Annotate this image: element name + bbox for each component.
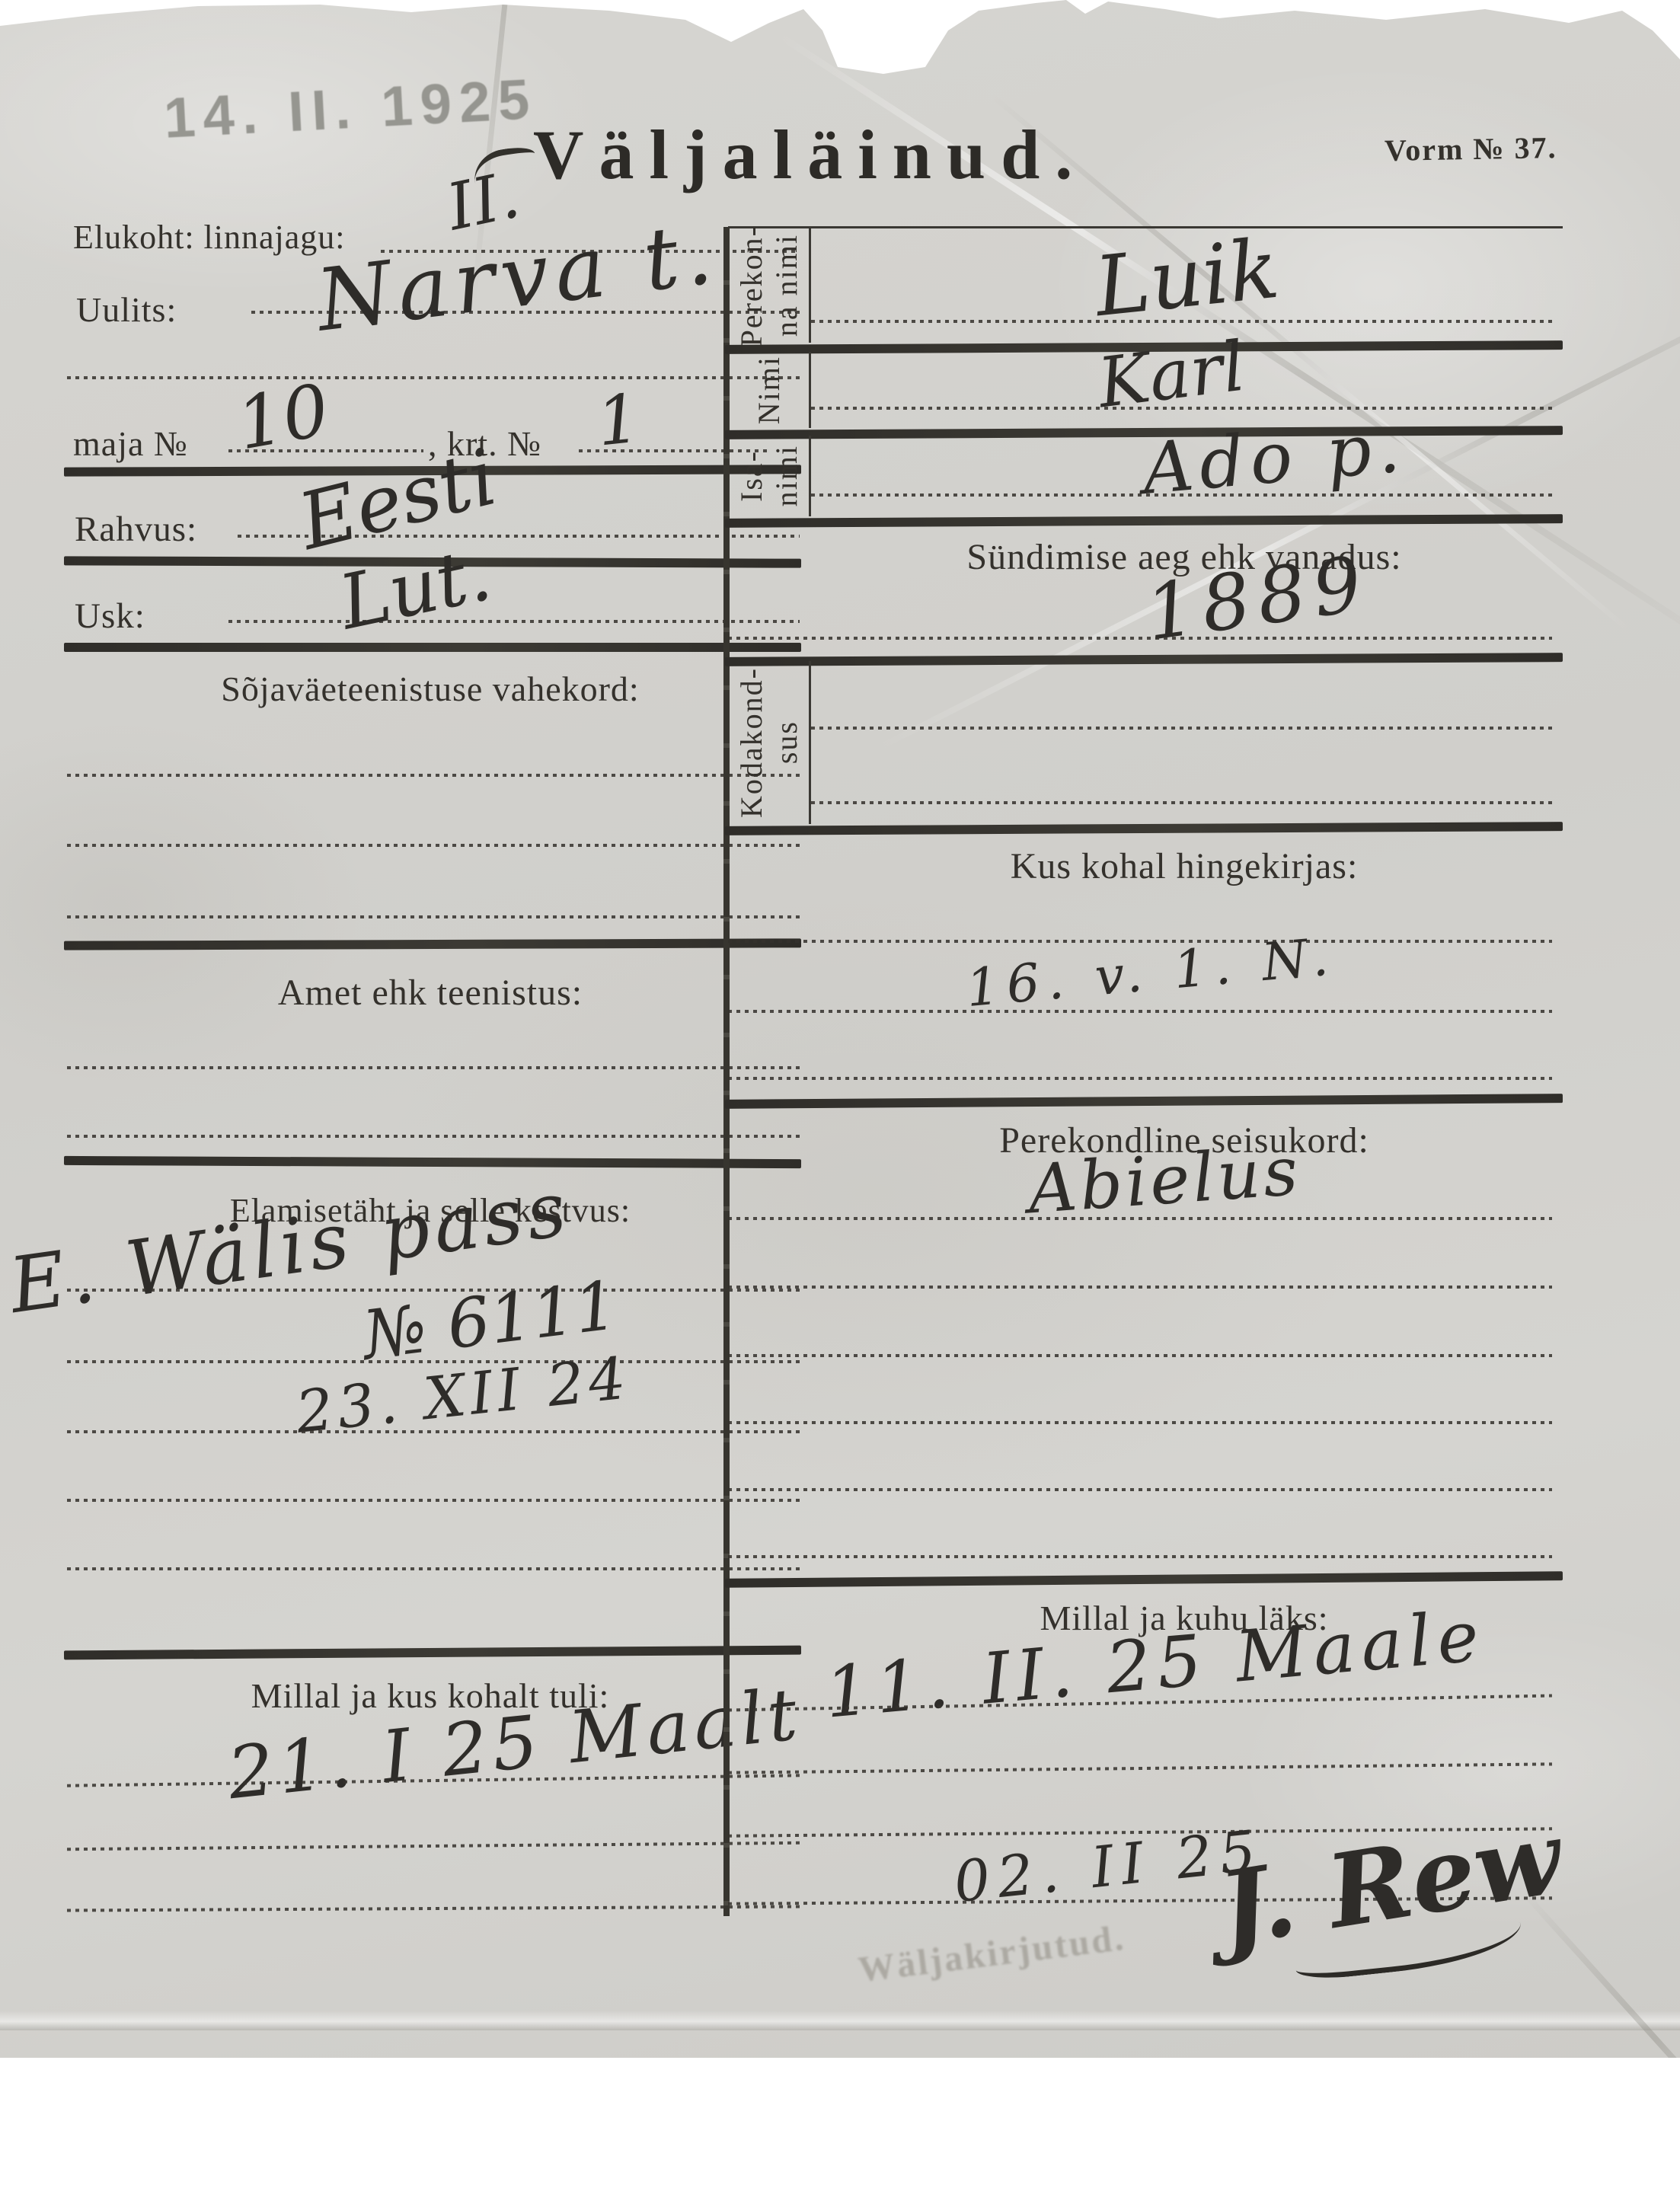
- vertical-label-line: Kodakond-: [734, 667, 769, 818]
- field-rahvus-label: Rahvus:: [75, 509, 197, 550]
- dotted-line: [728, 1555, 1552, 1558]
- dotted-line: [67, 1066, 800, 1069]
- dotted-line: [728, 1077, 1552, 1080]
- dotted-line: [728, 637, 1552, 640]
- field-kodakondsus-label: Kodakond-sus: [730, 661, 811, 824]
- rule-line: [725, 1571, 1563, 1588]
- vertical-label-line: Perekon-: [734, 225, 769, 347]
- field-krt-value: 1: [594, 385, 644, 455]
- field-seisukord-value: Abielus: [1026, 1138, 1302, 1224]
- dotted-line: [228, 620, 800, 623]
- dotted-line: [728, 1762, 1552, 1774]
- crease-line: [0, 2011, 1680, 2030]
- valjakirjutatud-stamp: Wäljakirjutud.: [856, 1917, 1128, 1992]
- dotted-line: [67, 1567, 800, 1570]
- dotted-line: [67, 1841, 800, 1851]
- field-uulits-label: Uulits:: [76, 289, 177, 330]
- field-usk-label: Usk:: [75, 596, 145, 637]
- vertical-label-line: sus: [769, 720, 804, 764]
- dotted-line: [67, 376, 800, 379]
- rule-line: [64, 938, 801, 950]
- column-divider: [723, 227, 730, 1916]
- dotted-line: [67, 915, 800, 918]
- field-nimi-value: Karl: [1094, 333, 1248, 419]
- field-isanimi-value: Ado p.: [1140, 412, 1409, 505]
- dotted-line: [811, 727, 1552, 730]
- form-number: Vorm № 37.: [1385, 129, 1557, 168]
- dotted-line: [67, 1430, 800, 1433]
- dotted-line: [728, 940, 1552, 943]
- rule-line: [64, 1156, 801, 1168]
- dotted-line: [67, 774, 800, 777]
- page-title: Väljaläinud.: [533, 114, 1088, 195]
- field-maja-label: maja №: [73, 423, 188, 464]
- field-amet-label: Amet ehk teenistus:: [69, 972, 792, 1014]
- dotted-line: [67, 1499, 800, 1502]
- dotted-line: [728, 1354, 1552, 1357]
- dotted-line: [811, 320, 1552, 323]
- rule-line: [64, 1646, 801, 1660]
- rule-line: [64, 643, 801, 652]
- field-hingekirjas-label: Kus kohal hingekirjas:: [807, 845, 1561, 887]
- field-isanimi-label: Isa-nimi: [730, 436, 811, 516]
- dotted-line: [728, 1217, 1552, 1220]
- dotted-line: [67, 1360, 800, 1363]
- dotted-line: [811, 801, 1552, 804]
- dotted-line: [728, 1286, 1552, 1289]
- dotted-line: [811, 493, 1552, 497]
- vertical-label-line: Nimi: [752, 356, 787, 424]
- rule-line: [725, 822, 1563, 835]
- crease-line: [874, 263, 1680, 752]
- dotted-line: [728, 1010, 1552, 1013]
- field-nimi-label: Nimi: [730, 352, 811, 428]
- dotted-line: [811, 407, 1552, 410]
- field-maja-value: 10: [232, 375, 334, 461]
- dotted-line: [67, 1135, 800, 1138]
- rule-line: [725, 653, 1563, 666]
- field-elukoht-label: Elukoht: linnajagu:: [73, 218, 346, 257]
- thin-rule: [728, 226, 1563, 228]
- dotted-line: [728, 1421, 1552, 1424]
- vertical-label-line: Isa-: [734, 450, 769, 502]
- dotted-line: [67, 844, 800, 847]
- field-uulits-value: Narva t.: [312, 210, 722, 344]
- field-perekonnanimi-value: Luik: [1091, 228, 1282, 330]
- vertical-label-line: nimi: [769, 445, 804, 506]
- field-sojavae-label: Sõjaväeteenistuse vahekord:: [69, 669, 792, 709]
- scanned-form-page: 14. II. 1925 Väljaläinud. Vorm № 37. Elu…: [0, 0, 1680, 2058]
- dotted-line: [728, 1488, 1552, 1491]
- rule-line: [725, 514, 1563, 528]
- vertical-label-line: na nimi: [769, 234, 804, 337]
- field-hingekirjas-value: 16. v. 1. N.: [964, 931, 1338, 1015]
- rule-line: [725, 1094, 1563, 1109]
- field-perekonnanimi-label: Perekon-na nimi: [730, 228, 811, 343]
- date-received-stamp: 14. II. 1925: [162, 66, 538, 151]
- dotted-line: [67, 1905, 800, 1912]
